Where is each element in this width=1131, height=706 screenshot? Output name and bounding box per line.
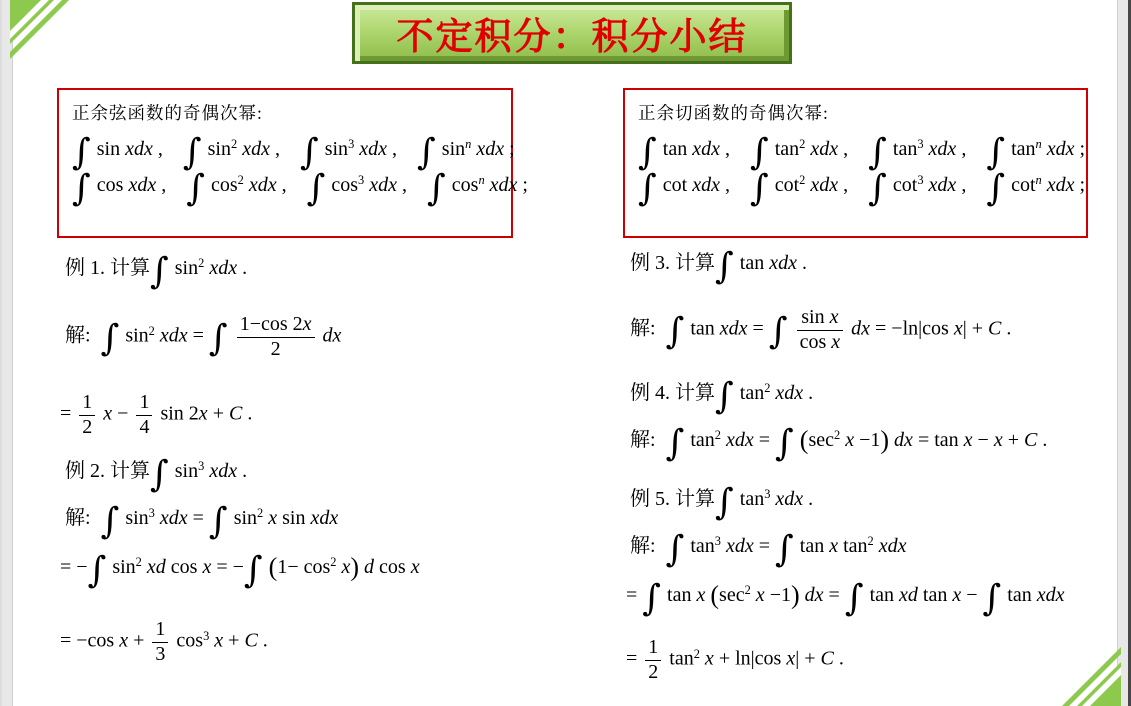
example-5-step: = ∫ tan x (sec2 x −1) dx = ∫ tan xd tan … (626, 583, 1064, 608)
integral-sign: ∫ (209, 318, 228, 359)
box-heading: 正余切函数的奇偶次幂: (638, 100, 1086, 125)
integral-sign: ∫ (183, 132, 202, 173)
integral-sign: ∫ (986, 132, 1005, 173)
integral-sign: ∫ (775, 529, 794, 570)
integral-sign: ∫ (88, 550, 107, 591)
integral-sign: ∫ (845, 578, 864, 619)
integral-sign: ∫ (983, 578, 1002, 619)
example-5-step: = 12 tan2 x + ln|cos x| + C . (626, 637, 844, 683)
left-edge-strip (0, 0, 13, 706)
integral-sign: ∫ (666, 423, 685, 464)
integral-sign: ∫ (150, 251, 169, 292)
integral-sign: ∫ (715, 376, 734, 417)
title-banner: 不定积分：积分小结 (352, 2, 792, 64)
formula-line: ∫ cos xdx , ∫ cos2 xdx , ∫ cos3 xdx , ∫ … (72, 174, 511, 197)
example-3-step: 解: ∫ tan xdx = ∫ sin xcos x dx = −ln|cos… (630, 307, 1011, 353)
integral-sign: ∫ (150, 454, 169, 495)
integral-sign: ∫ (101, 501, 120, 542)
fraction: 13 (152, 619, 168, 665)
integral-sign: ∫ (101, 318, 120, 359)
integral-sign: ∫ (750, 168, 769, 209)
integral-sign: ∫ (300, 132, 319, 173)
example-4-step: 解: ∫ tan2 xdx = ∫ (sec2 x −1) dx = tan x… (630, 428, 1047, 453)
fraction: sin xcos x (797, 307, 844, 353)
formula-line: ∫ sin xdx , ∫ sin2 xdx , ∫ sin3 xdx , ∫ … (72, 138, 511, 161)
right-edge-strip (1117, 0, 1131, 706)
fraction: 1−cos 2x2 (237, 314, 315, 360)
example-1-step: 解: ∫ sin2 xdx = ∫ 1−cos 2x2 dx (65, 314, 341, 360)
integral-sign: ∫ (638, 132, 657, 173)
example-2-step: 解: ∫ sin3 xdx = ∫ sin2 x sin xdx (65, 506, 338, 531)
integral-sign: ∫ (769, 311, 788, 352)
integral-sign: ∫ (244, 550, 263, 591)
integral-sign: ∫ (427, 168, 446, 209)
corner-stripe-decoration-top-left (10, 0, 80, 70)
integral-sign: ∫ (666, 529, 685, 570)
fraction: 12 (79, 392, 95, 438)
fraction: 14 (136, 392, 152, 438)
example-3-title: 例 3. 计算∫ tan xdx . (630, 251, 807, 276)
integral-sign: ∫ (72, 132, 91, 173)
example-1-step: = 12 x − 14 sin 2x + C . (60, 392, 252, 438)
sine-cosine-powers-box: 正余弦函数的奇偶次幂: ∫ sin xdx , ∫ sin2 xdx , ∫ s… (57, 88, 513, 238)
formula-line: ∫ tan xdx , ∫ tan2 xdx , ∫ tan3 xdx , ∫ … (638, 138, 1086, 161)
integral-sign: ∫ (868, 168, 887, 209)
example-2-step: = −∫ sin2 xd cos x = −∫ (1− cos2 x) d co… (60, 555, 420, 580)
integral-sign: ∫ (307, 168, 326, 209)
example-4-title: 例 4. 计算∫ tan2 xdx . (630, 381, 813, 406)
example-2-step: = −cos x + 13 cos3 x + C . (60, 619, 268, 665)
integral-sign: ∫ (868, 132, 887, 173)
corner-stripe-decoration-bottom-right (1051, 636, 1121, 706)
example-2-title: 例 2. 计算∫ sin3 xdx . (65, 459, 247, 484)
slide: 不定积分：积分小结 正余弦函数的奇偶次幂: ∫ sin xdx , ∫ sin2… (0, 0, 1131, 706)
integral-sign: ∫ (715, 246, 734, 287)
integral-sign: ∫ (775, 423, 794, 464)
integral-sign: ∫ (417, 132, 436, 173)
integral-sign: ∫ (72, 168, 91, 209)
integral-sign: ∫ (666, 311, 685, 352)
integral-sign: ∫ (715, 482, 734, 523)
tangent-cotangent-powers-box: 正余切函数的奇偶次幂: ∫ tan xdx , ∫ tan2 xdx , ∫ t… (623, 88, 1088, 238)
formula-line: ∫ cot xdx , ∫ cot2 xdx , ∫ cot3 xdx , ∫ … (638, 174, 1086, 197)
integral-sign: ∫ (750, 132, 769, 173)
example-1-title: 例 1. 计算∫ sin2 xdx . (65, 256, 247, 281)
integral-sign: ∫ (642, 578, 661, 619)
integral-sign: ∫ (209, 501, 228, 542)
example-5-title: 例 5. 计算∫ tan3 xdx . (630, 487, 813, 512)
slide-title: 不定积分：积分小结 (397, 6, 748, 60)
integral-sign: ∫ (986, 168, 1005, 209)
fraction: 12 (645, 637, 661, 683)
example-5-step: 解: ∫ tan3 xdx = ∫ tan x tan2 xdx (630, 534, 907, 559)
integral-sign: ∫ (186, 168, 205, 209)
integral-sign: ∫ (638, 168, 657, 209)
box-heading: 正余弦函数的奇偶次幂: (72, 100, 511, 125)
